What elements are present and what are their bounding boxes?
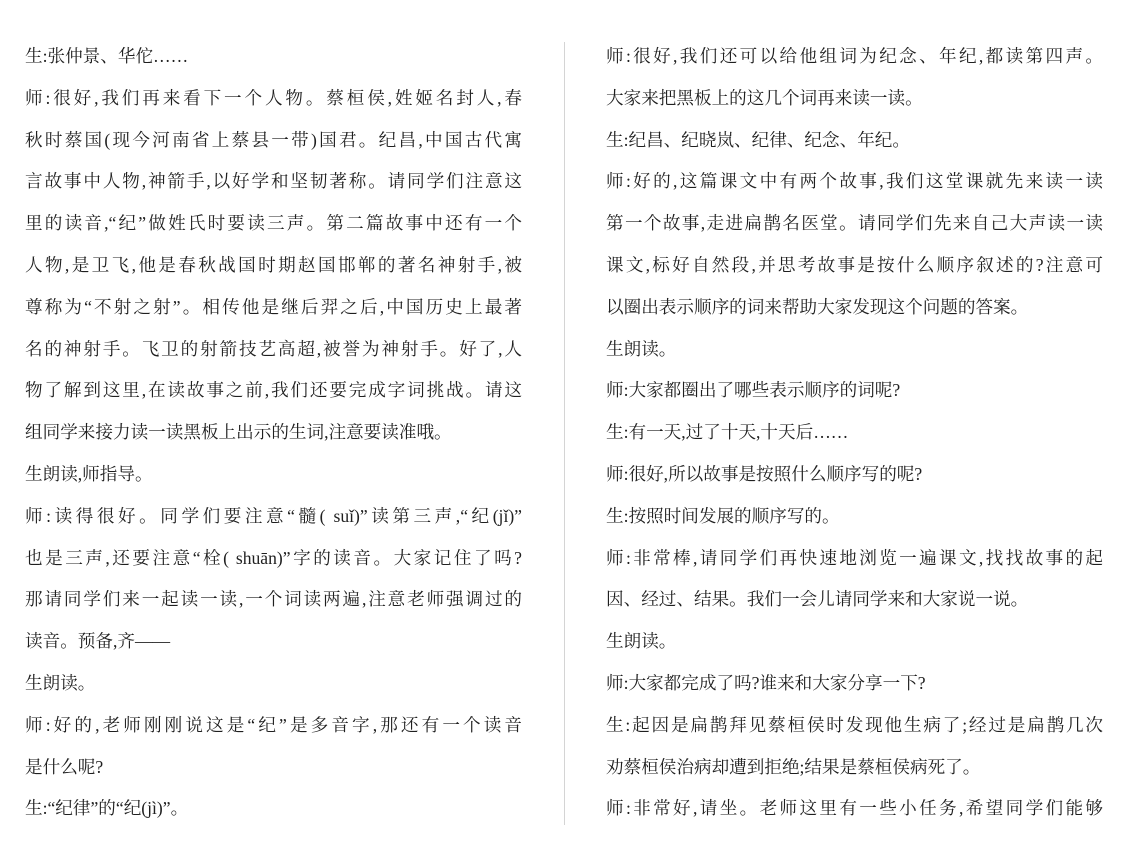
dialogue-line: 生朗读。 [606,329,1103,371]
dialogue-line: 师:好的,这篇课文中有两个故事,我们这堂课就先来读一读 [606,161,1103,203]
dialogue-line: 师:很好,所以故事是按照什么顺序写的呢? [606,454,1103,496]
dialogue-line: 师:非常好,请坐。老师这里有一些小任务,希望同学们能够 [606,788,1103,830]
left-column: 生:张仲景、华佗……师:很好,我们再来看下一个人物。蔡桓侯,姓姬名封人,春秋时蔡… [25,36,522,830]
dialogue-line: 劝蔡桓侯治病却遭到拒绝;结果是蔡桓侯病死了。 [606,747,1103,789]
dialogue-line: 人物,是卫飞,他是春秋战国时期赵国邯郸的著名神射手,被 [25,245,522,287]
dialogue-line: 师:很好,我们还可以给他组词为纪念、年纪,都读第四声。 [606,36,1103,78]
dialogue-line: 师:好的,老师刚刚说这是“纪”是多音字,那还有一个读音 [25,705,522,747]
dialogue-line: 那请同学们来一起读一读,一个词读两遍,注意老师强调过的 [25,579,522,621]
dialogue-line: 生:张仲景、华佗…… [25,36,522,78]
right-column: 师:很好,我们还可以给他组词为纪念、年纪,都读第四声。大家来把黑板上的这几个词再… [606,36,1103,830]
dialogue-line: 尊称为“不射之射”。相传他是继后羿之后,中国历史上最著 [25,287,522,329]
dialogue-line: 是什么呢? [25,747,522,789]
dialogue-line: 以圈出表示顺序的词来帮助大家发现这个问题的答案。 [606,287,1103,329]
dialogue-line: 生:按照时间发展的顺序写的。 [606,496,1103,538]
dialogue-line: 生:纪昌、纪晓岚、纪律、纪念、年纪。 [606,120,1103,162]
dialogue-line: 名的神射手。飞卫的射箭技艺高超,被誉为神射手。好了,人 [25,329,522,371]
dialogue-line: 言故事中人物,神箭手,以好学和坚韧著称。请同学们注意这 [25,161,522,203]
dialogue-line: 师:很好,我们再来看下一个人物。蔡桓侯,姓姬名封人,春 [25,78,522,120]
dialogue-line: 也是三声,还要注意“栓( shuān)”字的读音。大家记住了吗? [25,538,522,580]
dialogue-line: 师:大家都圈出了哪些表示顺序的词呢? [606,370,1103,412]
dialogue-line: 组同学来接力读一读黑板上出示的生词,注意要读准哦。 [25,412,522,454]
dialogue-line: 大家来把黑板上的这几个词再来读一读。 [606,78,1103,120]
dialogue-line: 师:非常棒,请同学们再快速地浏览一遍课文,找找故事的起 [606,538,1103,580]
dialogue-line: 生:有一天,过了十天,十天后…… [606,412,1103,454]
column-divider [564,42,565,825]
dialogue-line: 里的读音,“纪”做姓氏时要读三声。第二篇故事中还有一个 [25,203,522,245]
document-page: 生:张仲景、华佗……师:很好,我们再来看下一个人物。蔡桓侯,姓姬名封人,春秋时蔡… [0,0,1139,865]
dialogue-line: 秋时蔡国(现今河南省上蔡县一带)国君。纪昌,中国古代寓 [25,120,522,162]
dialogue-line: 生:起因是扁鹊拜见蔡桓侯时发现他生病了;经过是扁鹊几次 [606,705,1103,747]
dialogue-line: 生朗读。 [25,663,522,705]
dialogue-line: 师:大家都完成了吗?谁来和大家分享一下? [606,663,1103,705]
dialogue-line: 课文,标好自然段,并思考故事是按什么顺序叙述的?注意可 [606,245,1103,287]
dialogue-line: 读音。预备,齐—— [25,621,522,663]
dialogue-line: 生朗读,师指导。 [25,454,522,496]
dialogue-line: 因、经过、结果。我们一会儿请同学来和大家说一说。 [606,579,1103,621]
dialogue-line: 生朗读。 [606,621,1103,663]
dialogue-line: 生:“纪律”的“纪(jì)”。 [25,788,522,830]
dialogue-line: 物了解到这里,在读故事之前,我们还要完成字词挑战。请这 [25,370,522,412]
dialogue-line: 第一个故事,走进扁鹊名医堂。请同学们先来自己大声读一读 [606,203,1103,245]
dialogue-line: 师:读得很好。同学们要注意“髓( suǐ)”读第三声,“纪(jǐ)” [25,496,522,538]
